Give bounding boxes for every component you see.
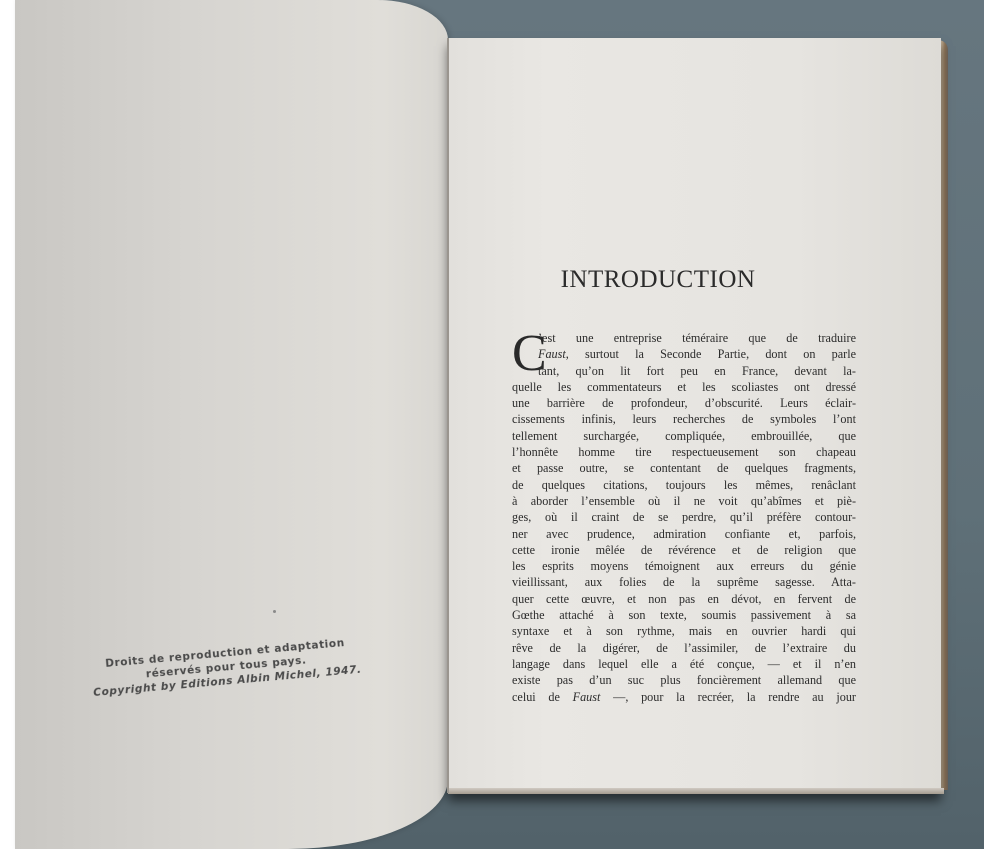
text-line: langage dans lequel elle a été conçue, —… <box>512 656 856 672</box>
text-line: ges, où il craint de se perdre, qu’il pr… <box>512 509 856 525</box>
text-line: syntaxe et à son rythme, mais en ouvrier… <box>512 623 856 639</box>
text-line: quelle les commentateurs et les scoliast… <box>512 379 856 395</box>
text-line: une barrière de profondeur, d’obscurité.… <box>512 395 856 411</box>
text-line: Faust, surtout la Seconde Partie, dont o… <box>512 346 856 362</box>
text-line: ner avec prudence, admiration confiante … <box>512 526 856 542</box>
text-line: celui de Faust —, pour la recréer, la re… <box>512 689 856 705</box>
text-line: cette ironie mêlée de révérence et de re… <box>512 542 856 558</box>
text-line: et passe outre, se contentant de quelque… <box>512 460 856 476</box>
text-line: ’est une entreprise téméraire que de tra… <box>512 330 856 346</box>
text-line: tant, qu’on lit fort peu en France, deva… <box>512 363 856 379</box>
book-gutter <box>447 38 449 793</box>
text-line: quer cette œuvre, et non pas en dévot, e… <box>512 591 856 607</box>
text-line: les esprits moyens témoignent aux erreur… <box>512 558 856 574</box>
text-line: de quelques citations, toujours les même… <box>512 477 856 493</box>
introduction-text: ’est une entreprise téméraire que de tra… <box>512 330 856 705</box>
text-line: cissements infinis, leurs recherches de … <box>512 411 856 427</box>
text-line: tellement surchargée, compliquée, embrou… <box>512 428 856 444</box>
text-line: rêve de la digérer, de l’assimiler, de l… <box>512 640 856 656</box>
text-line: l’honnête homme tire respectueusement so… <box>512 444 856 460</box>
page-bottom-edge <box>448 788 944 794</box>
left-page <box>15 0 448 849</box>
text-line: Gœthe attaché à son texte, soumis passiv… <box>512 607 856 623</box>
chapter-title: INTRODUCTION <box>448 266 868 294</box>
paper-speck <box>273 610 276 613</box>
text-line: existe pas d’un suc plus foncièrement al… <box>512 672 856 688</box>
text-line: vieillissant, aux folies de la suprême s… <box>512 574 856 590</box>
text-line: à aborder l’ensemble où il ne voit qu’ab… <box>512 493 856 509</box>
